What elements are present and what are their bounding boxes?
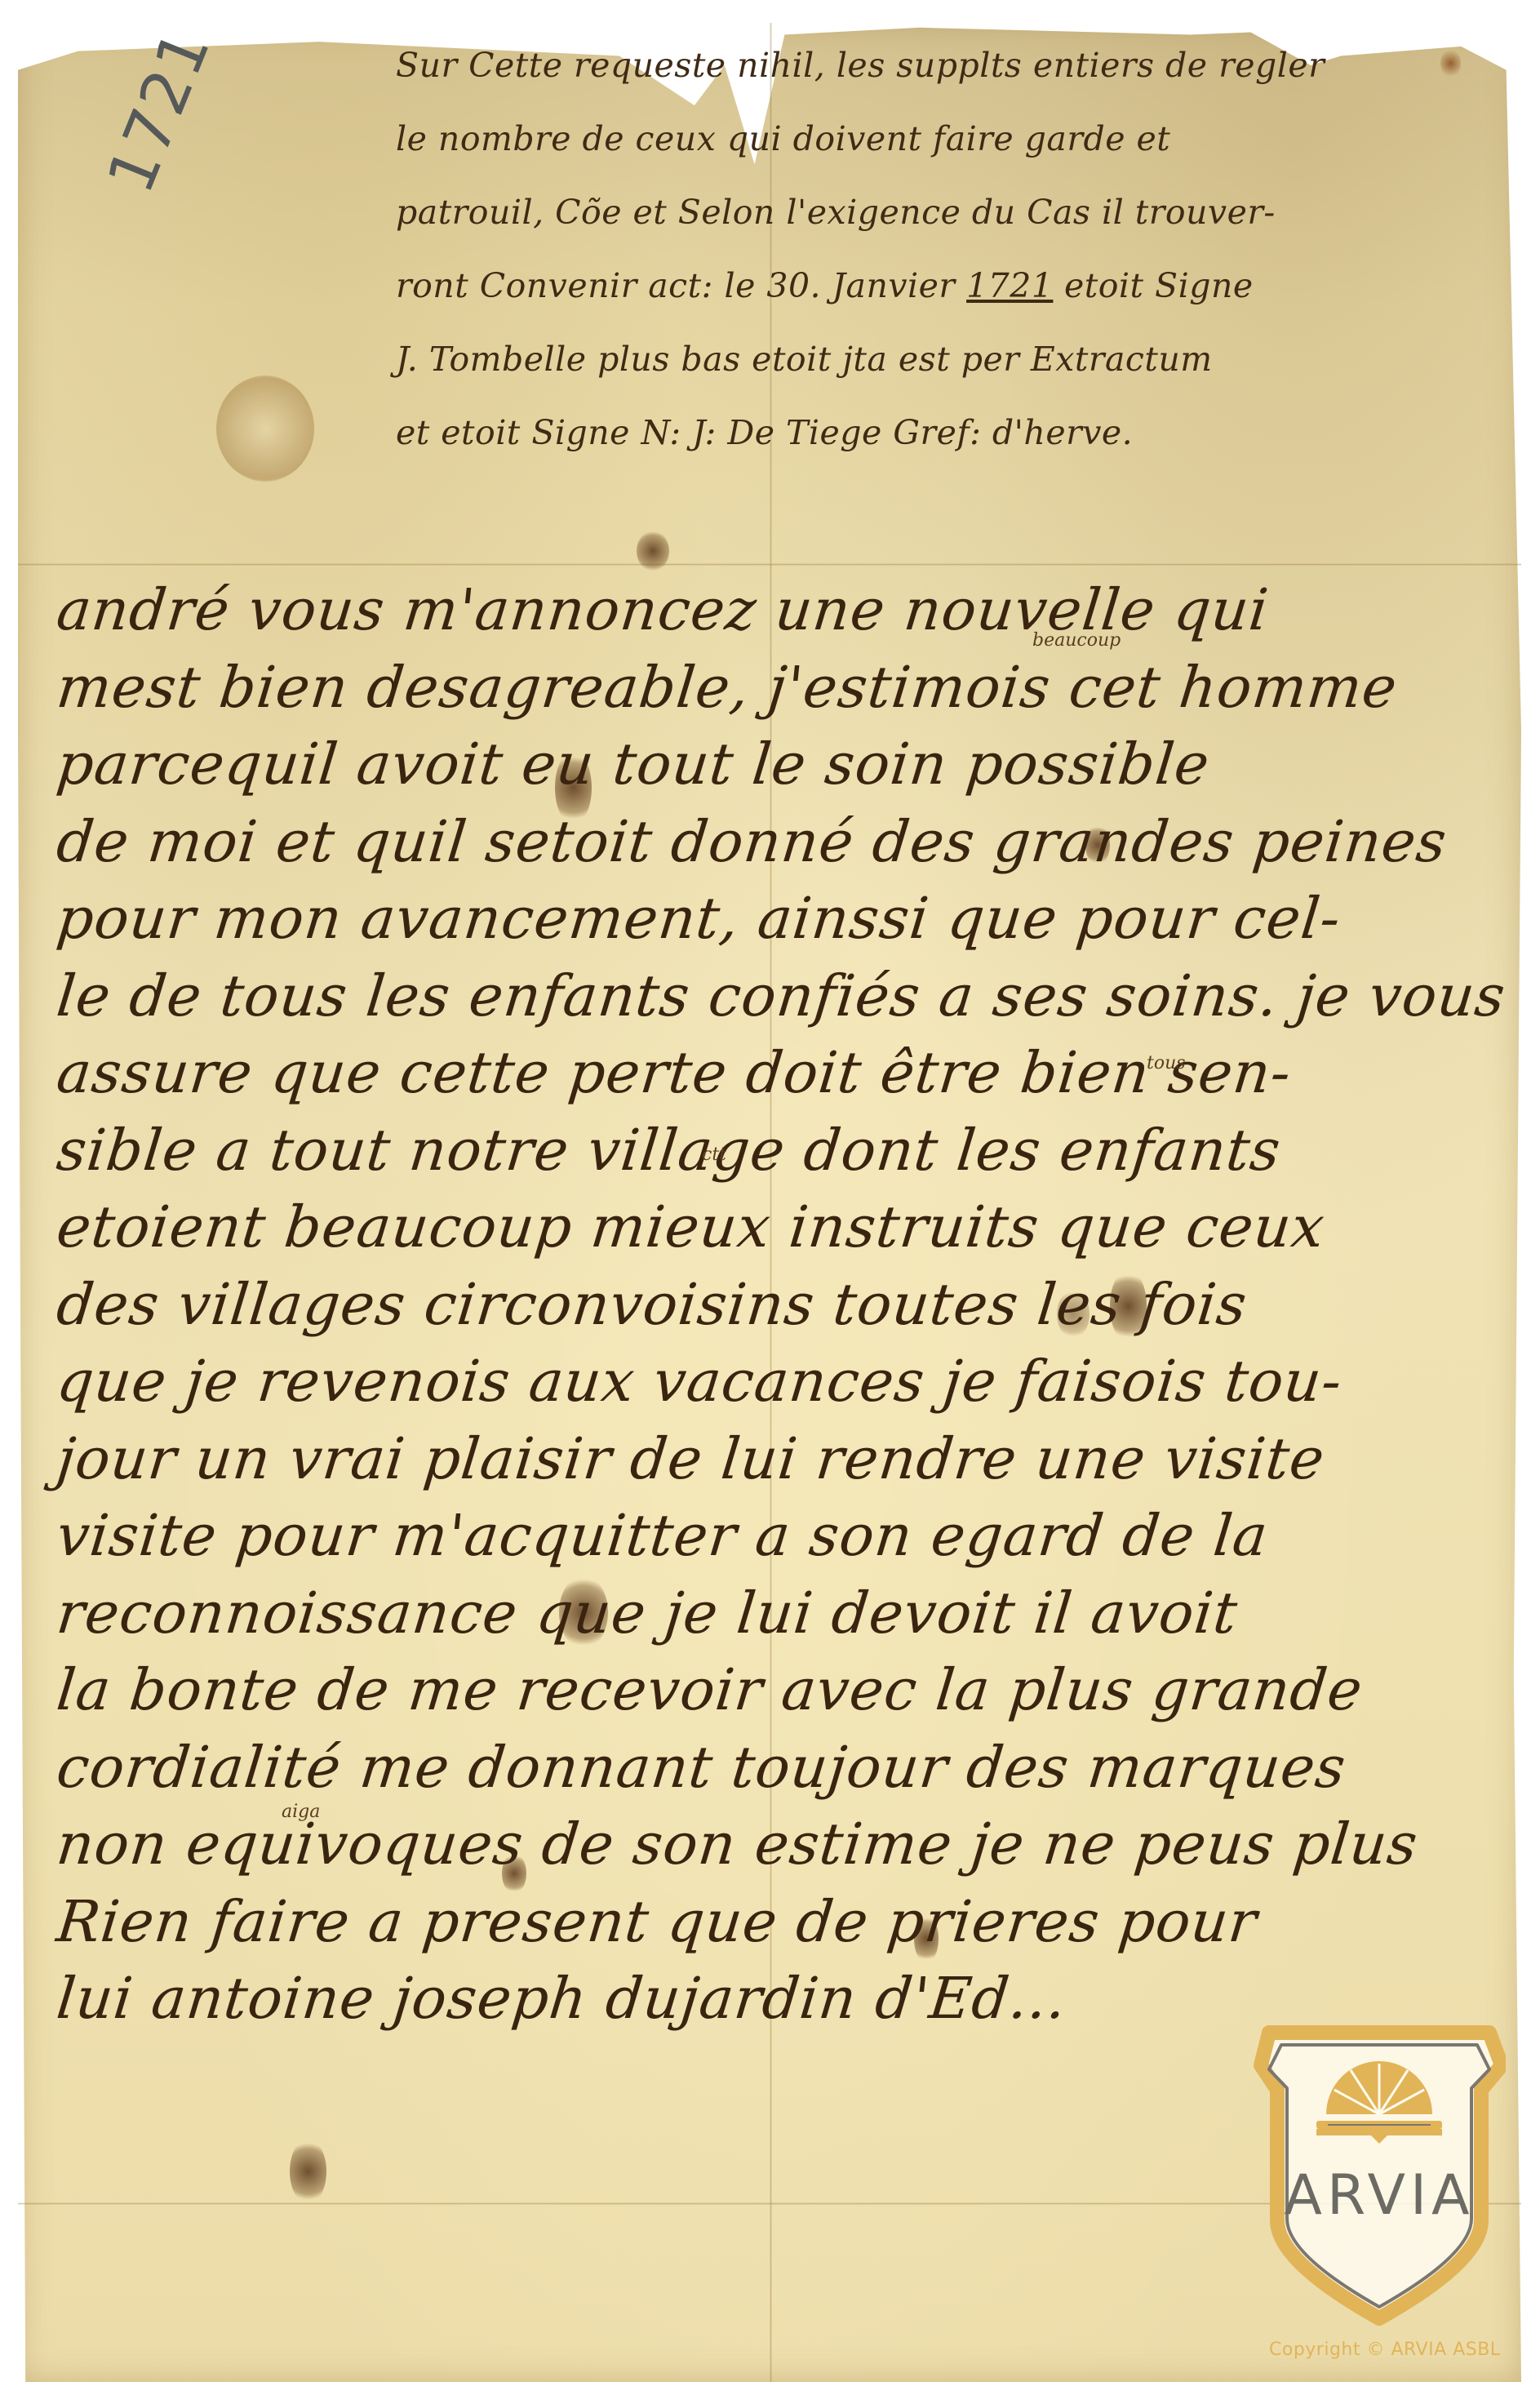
header-line-date: ront Convenir act: le 30. Janvier 1721 e… [396,249,1522,322]
ink-stain [290,2139,326,2204]
header-line-text: ront Convenir act: le 30. Janvier [396,266,966,305]
letter-line: etoient beaucoup mieux instruits que ceu… [53,1189,1514,1266]
header-line: J. Tombelle plus bas etoit jta est per E… [396,322,1522,396]
horizontal-fold-line [18,563,1521,566]
interlinear-insertion: ctt [702,1144,726,1165]
interlinear-insertion: tous [1147,1053,1186,1073]
header-line-text: etoit Signe [1053,266,1253,305]
watermark-brand-text: ARVIA [1253,2163,1506,2228]
header-note: Sur Cette requeste nihil, les supplts en… [396,29,1522,469]
letter-line: des villages circonvoisins toutes les fo… [53,1266,1514,1344]
header-line: Sur Cette requeste nihil, les supplts en… [396,29,1522,102]
letter-line: mest bien desagreable, j'estimois cet ho… [53,649,1514,727]
letter-line: de moi et quil setoit donné des grandes … [53,803,1514,881]
letter-line: parcequil avoit eu tout le soin possible [53,726,1514,803]
letter-line: que je revenois aux vacances je faisois … [53,1343,1514,1420]
header-line: patrouil, Cõe et Selon l'exigence du Cas… [396,176,1522,249]
letter-line: assure que cette perte doit être bien se… [53,1034,1514,1112]
letter-line: visite pour m'acquitter a son egard de l… [53,1497,1514,1575]
letter-line: jour un vrai plaisir de lui rendre une v… [53,1420,1514,1498]
ink-stain [637,531,669,571]
letter-line: Rien faire a present que de prieres pour [53,1883,1514,1961]
letter-line: reconnoissance que je lui devoit il avoi… [53,1575,1514,1652]
header-line: le nombre de ceux qui doivent faire gard… [396,102,1522,176]
interlinear-insertion: beaucoup [1032,630,1121,651]
interlinear-insertion: aiga [282,1802,320,1822]
date-year: 1721 [966,266,1053,305]
copyright-notice: Copyright © ARVIA ASBL [1269,2340,1501,2360]
letter-line: non equivoques de son estime je ne peus … [53,1806,1514,1883]
letter-line: la bonte de me recevoir avec la plus gra… [53,1651,1514,1729]
arvia-watermark-shield: ARVIA [1253,2016,1506,2326]
letter-line: andré vous m'annoncez une nouvelle qui [53,571,1514,649]
letter-body: andré vous m'annoncez une nouvelle qui m… [57,571,1510,2038]
letter-line: pour mon avancement, ainssi que pour cel… [53,880,1514,958]
letter-line: le de tous les enfants confiés a ses soi… [53,958,1514,1035]
letter-line: sible a tout notre village dont les enfa… [53,1112,1514,1189]
letter-line: cordialité me donnant toujour des marque… [53,1729,1514,1806]
water-stain [216,376,314,482]
header-line: et etoit Signe N: J: De Tiege Gref: d'he… [396,396,1522,469]
